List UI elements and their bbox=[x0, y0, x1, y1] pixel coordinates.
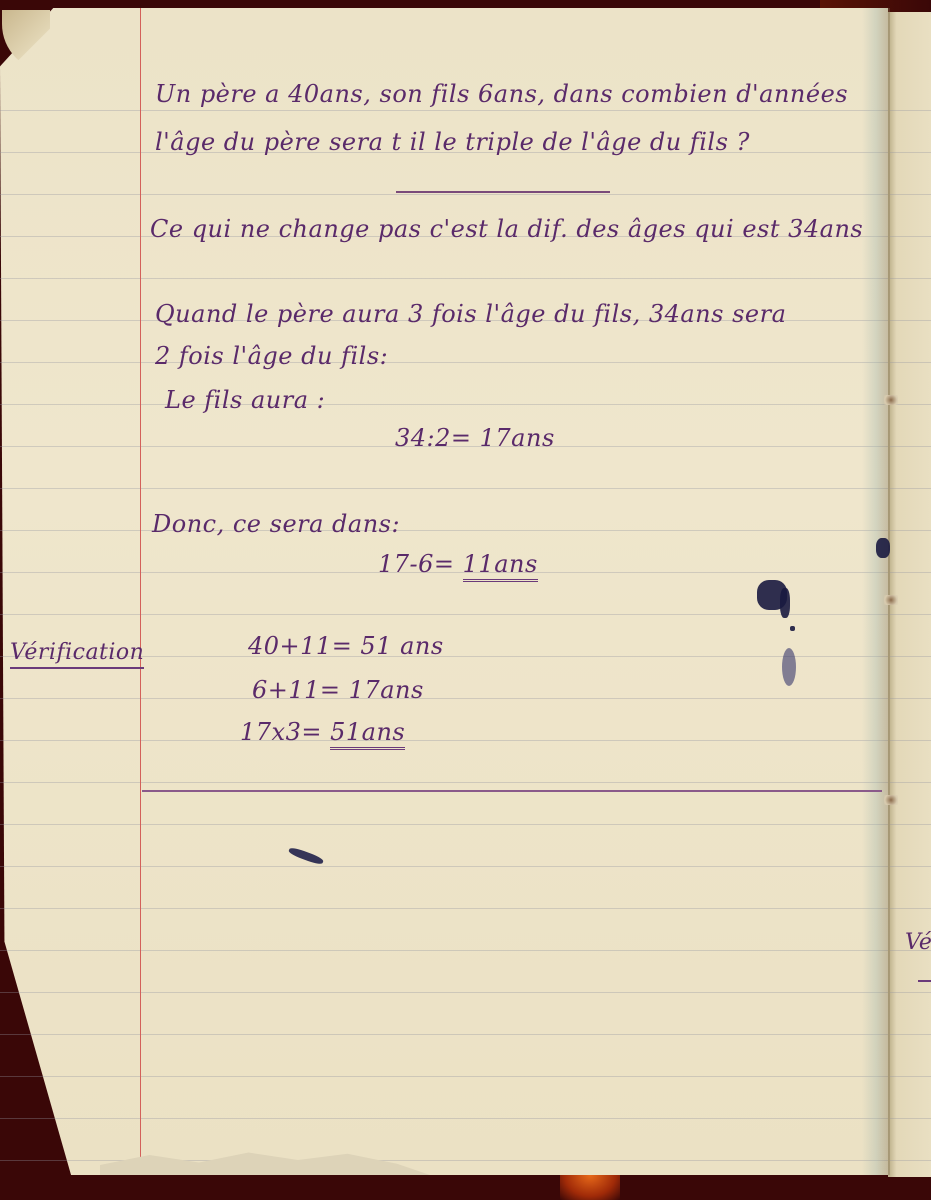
ruled-line bbox=[0, 110, 888, 111]
solution-line-5: Donc, ce sera dans: bbox=[152, 510, 400, 538]
ruled-line bbox=[890, 236, 931, 237]
ruled-line bbox=[890, 866, 931, 867]
ruled-line bbox=[890, 362, 931, 363]
problem-line-1: Un père a 40ans, son fils 6ans, dans com… bbox=[155, 80, 848, 108]
ruled-line bbox=[890, 152, 931, 153]
right-page-underline bbox=[918, 980, 931, 982]
verification-calc-2: 6+11= 17ans bbox=[252, 676, 424, 704]
ruled-line bbox=[0, 740, 888, 741]
ruled-line bbox=[890, 572, 931, 573]
ruled-line bbox=[890, 908, 931, 909]
ruled-line bbox=[890, 1034, 931, 1035]
ruled-line bbox=[0, 614, 888, 615]
ruled-line bbox=[890, 740, 931, 741]
multiplication-expression: 17x3= bbox=[240, 718, 330, 746]
ruled-line bbox=[0, 992, 888, 993]
margin-line bbox=[140, 8, 141, 1175]
ruled-line bbox=[890, 782, 931, 783]
staple bbox=[884, 395, 898, 405]
notebook-page bbox=[0, 8, 888, 1175]
ruled-line bbox=[0, 866, 888, 867]
ruled-line bbox=[0, 194, 888, 195]
ruled-line bbox=[0, 1118, 888, 1119]
ruled-line bbox=[0, 404, 888, 405]
solution-line-1: Ce qui ne change pas c'est la dif. des â… bbox=[150, 215, 863, 243]
verification-label: Vérification bbox=[10, 640, 144, 665]
ruled-line bbox=[890, 992, 931, 993]
ruled-line bbox=[890, 614, 931, 615]
ruled-line bbox=[890, 656, 931, 657]
solution-line-4: Le fils aura : bbox=[165, 386, 325, 414]
ink-blot bbox=[876, 538, 890, 558]
ruled-line bbox=[0, 950, 888, 951]
ruled-line bbox=[0, 698, 888, 699]
right-page-text: Vé bbox=[905, 930, 931, 955]
ruled-line bbox=[890, 446, 931, 447]
ruled-line bbox=[890, 278, 931, 279]
ruled-line bbox=[0, 362, 888, 363]
staple bbox=[884, 795, 898, 805]
end-separator-line bbox=[142, 790, 882, 792]
problem-line-2: l'âge du père sera t il le triple de l'â… bbox=[155, 128, 750, 156]
ink-smear bbox=[782, 648, 796, 686]
verification-calc-3: 17x3= 51ans bbox=[240, 718, 405, 746]
calculation-subtraction: 17-6= 11ans bbox=[378, 550, 538, 578]
answer-result: 11ans bbox=[463, 550, 538, 582]
verification-calc-1: 40+11= 51 ans bbox=[248, 632, 444, 660]
calculation-division: 34:2= 17ans bbox=[395, 424, 555, 452]
ruled-line bbox=[0, 1076, 888, 1077]
ruled-line bbox=[0, 1034, 888, 1035]
staple bbox=[884, 595, 898, 605]
ruled-line bbox=[890, 530, 931, 531]
ruled-line bbox=[890, 824, 931, 825]
ruled-line bbox=[0, 278, 888, 279]
ruled-line bbox=[0, 530, 888, 531]
ruled-line bbox=[0, 488, 888, 489]
ink-blot bbox=[780, 588, 790, 618]
ruled-line bbox=[890, 194, 931, 195]
ruled-line bbox=[0, 908, 888, 909]
spine-shadow bbox=[862, 8, 890, 1175]
ruled-line bbox=[890, 698, 931, 699]
ruled-line bbox=[890, 488, 931, 489]
ink-dot bbox=[790, 626, 795, 631]
ruled-line bbox=[0, 782, 888, 783]
ruled-line bbox=[890, 320, 931, 321]
ruled-line bbox=[890, 1076, 931, 1077]
ruled-line bbox=[890, 1118, 931, 1119]
separator-line bbox=[396, 191, 610, 193]
ruled-line bbox=[0, 824, 888, 825]
ruled-line bbox=[890, 110, 931, 111]
solution-line-3: 2 fois l'âge du fils: bbox=[155, 342, 388, 370]
verification-result: 51ans bbox=[330, 718, 405, 750]
solution-line-2: Quand le père aura 3 fois l'âge du fils,… bbox=[155, 300, 786, 328]
ruled-line bbox=[890, 1160, 931, 1161]
subtraction-expression: 17-6= bbox=[378, 550, 463, 578]
